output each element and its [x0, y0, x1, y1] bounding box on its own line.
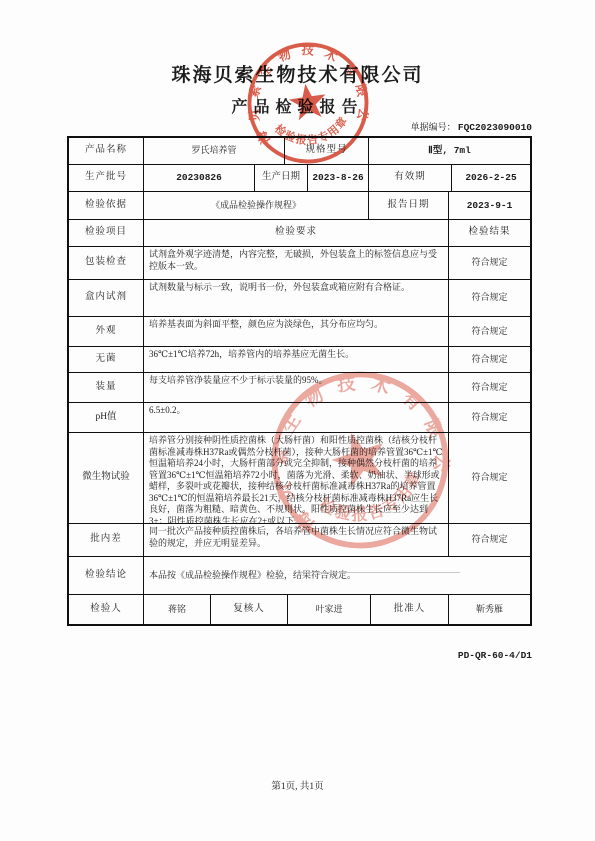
spec-label: 规格型号: [285, 138, 369, 164]
form-code: PD-QR-60-4/D1: [0, 650, 532, 661]
conclusion-label: 检验结论: [69, 557, 144, 594]
company-name: 珠海贝索生物技术有限公司: [0, 60, 595, 87]
doc-number-label: 单据编号：: [411, 122, 456, 132]
row-requirement: 36℃±1℃培养72h，培养管内的培养基应无菌生长。: [144, 347, 449, 372]
table-row-intra-batch: 批内差 同一批次产品接种质控菌株后，各培养管中菌株生长情况应符合微生物试验的规定…: [69, 524, 530, 557]
table-row-conclusion: 检验结论 本品按《成品检验操作规程》检验，结果符合规定。: [69, 557, 530, 595]
reviewer-name: 叶家进: [288, 595, 371, 624]
inspection-table: 产品名称 罗氏培养管 规格型号 Ⅱ型, 7ml 生产批号 20230826 生产…: [67, 136, 532, 626]
table-row-microbiology: 微生物试验 培养管分别接种阴性质控菌株（大肠杆菌）和阳性质控菌株（结核分枝杆菌标…: [69, 433, 530, 524]
basis-value: 《成品检验操作规程》: [144, 192, 369, 219]
basis-label: 检验依据: [69, 192, 144, 219]
row-item: 外观: [69, 317, 144, 346]
table-header-row: 检验项目 检验要求 检验结果: [69, 220, 530, 247]
page-title: 产品检验报告: [0, 94, 595, 117]
row-requirement: 培养基表面为斜面平整，颜色应为淡绿色，其分布应均匀。: [144, 317, 449, 346]
batch-label: 生产批号: [69, 165, 144, 191]
row-requirement: 试剂盒外观字迹清楚，内容完整，无破损，外包装盒上的标签信息应与受控版本一致。: [144, 247, 449, 279]
prod-date-label: 生产日期: [255, 165, 308, 191]
expiry-value: 2026-2-25: [452, 165, 530, 191]
row-result: 符合规定: [449, 524, 530, 556]
row-result: 符合规定: [449, 247, 530, 279]
table-row-ph: pH值 6.5±0.2。 符合规定: [69, 403, 530, 433]
row-item: 批内差: [69, 524, 144, 556]
table-row-box-reagent: 盒内试剂 试剂数量与标示一致，说明书一份，外包装盒或箱应附有合格证。 符合规定: [69, 280, 530, 317]
table-row-basis: 检验依据 《成品检验操作规程》 报告日期 2023-9-1: [69, 192, 530, 220]
table-row-signatures: 检验人 蒋铭 复核人 叶家进 批准人 靳秀雁: [69, 595, 530, 624]
row-item: 微生物试验: [69, 433, 144, 523]
inspector-label: 检验人: [69, 595, 144, 624]
row-item: pH值: [69, 403, 144, 432]
table-row-fill-volume: 装量 每支培养管净装量应不少于标示装量的95%。 符合规定: [69, 373, 530, 403]
doc-number-line: 单据编号： FQC2023090010: [0, 120, 532, 133]
row-result: 符合规定: [449, 280, 530, 316]
header-result: 检验结果: [449, 220, 530, 246]
batch-value: 20230826: [144, 165, 255, 191]
header-item: 检验项目: [69, 220, 144, 246]
spec-value: Ⅱ型, 7ml: [369, 138, 530, 164]
table-row-appearance: 外观 培养基表面为斜面平整，颜色应为淡绿色，其分布应均匀。 符合规定: [69, 317, 530, 347]
approver-name: 靳秀雁: [449, 595, 530, 624]
row-result: 符合规定: [449, 347, 530, 372]
row-result: 符合规定: [449, 403, 530, 432]
table-row-packaging: 包装检查 试剂盒外观字迹清楚，内容完整，无破损，外包装盒上的标签信息应与受控版本…: [69, 247, 530, 280]
row-result: 符合规定: [449, 373, 530, 402]
expiry-label: 有效期: [369, 165, 452, 191]
report-date-value: 2023-9-1: [449, 192, 530, 219]
row-requirement: 同一批次产品接种质控菌株后，各培养管中菌株生长情况应符合微生物试验的规定，并应无…: [144, 524, 449, 556]
report-page: 珠海贝索生物技术有限公司 产品检验报告 单据编号： FQC2023090010 …: [0, 0, 595, 841]
product-name-label: 产品名称: [69, 138, 144, 164]
header-requirement: 检验要求: [144, 220, 449, 246]
approver-label: 批准人: [371, 595, 449, 624]
row-requirement: 培养管分别接种阴性质控菌株（大肠杆菌）和阳性质控菌株（结核分枝杆菌标准减毒株H3…: [144, 433, 449, 523]
row-result: 符合规定: [449, 433, 530, 523]
row-result: 符合规定: [449, 317, 530, 346]
table-row-sterility: 无菌 36℃±1℃培养72h，培养管内的培养基应无菌生长。 符合规定: [69, 347, 530, 373]
scan-artifact-line: [300, 572, 460, 573]
doc-number-value: FQC2023090010: [458, 122, 532, 133]
report-date-label: 报告日期: [369, 192, 449, 219]
inspector-name: 蒋铭: [144, 595, 211, 624]
table-row-product: 产品名称 罗氏培养管 规格型号 Ⅱ型, 7ml: [69, 138, 530, 165]
row-requirement: 6.5±0.2。: [144, 403, 449, 432]
prod-date-value: 2023-8-26: [308, 165, 369, 191]
table-row-batch: 生产批号 20230826 生产日期 2023-8-26 有效期 2026-2-…: [69, 165, 530, 192]
row-requirement: 试剂数量与标示一致，说明书一份，外包装盒或箱应附有合格证。: [144, 280, 449, 316]
conclusion-text: 本品按《成品检验操作规程》检验，结果符合规定。: [144, 557, 530, 594]
row-item: 包装检查: [69, 247, 144, 279]
row-item: 盒内试剂: [69, 280, 144, 316]
product-name-value: 罗氏培养管: [144, 138, 285, 164]
row-item: 装量: [69, 373, 144, 402]
page-number: 第1页, 共1页: [0, 778, 595, 792]
reviewer-label: 复核人: [211, 595, 288, 624]
row-item: 无菌: [69, 347, 144, 372]
row-requirement: 每支培养管净装量应不少于标示装量的95%。: [144, 373, 449, 402]
